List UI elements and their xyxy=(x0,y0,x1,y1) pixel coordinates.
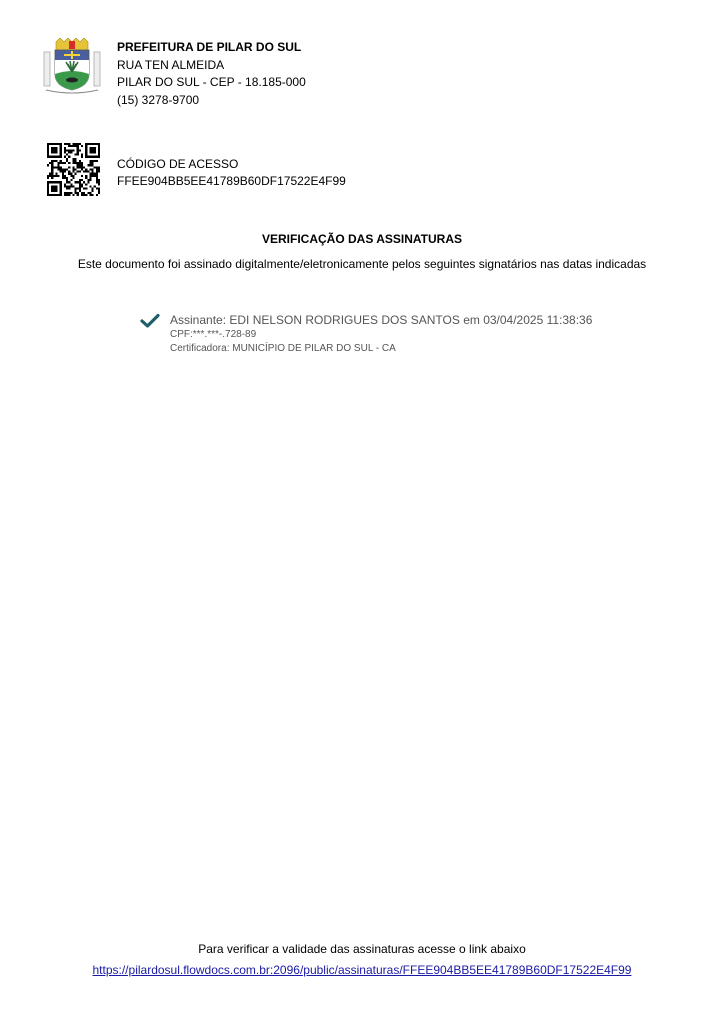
signer-certifier: Certificadora: MUNICÍPIO DE PILAR DO SUL… xyxy=(170,342,592,356)
signer-cpf: CPF:***.***-.728-89 xyxy=(170,328,592,342)
access-code-value: FFEE904BB5EE41789B60DF17522E4F99 xyxy=(117,173,346,190)
verification-description: Este documento foi assinado digitalmente… xyxy=(0,257,724,271)
qr-code-icon xyxy=(47,143,100,196)
signature-entry: Assinante: EDI NELSON RODRIGUES DOS SANT… xyxy=(170,313,592,356)
verification-title: VERIFICAÇÃO DAS ASSINATURAS xyxy=(0,232,724,246)
street-address: RUA TEN ALMEIDA xyxy=(117,57,306,75)
footer-note: Para verificar a validade das assinatura… xyxy=(0,942,724,956)
organization-name: PREFEITURA DE PILAR DO SUL xyxy=(117,39,306,57)
header-info: PREFEITURA DE PILAR DO SUL RUA TEN ALMEI… xyxy=(117,39,306,109)
footer-link-container: https://pilardosul.flowdocs.com.br:2096/… xyxy=(0,963,724,977)
signer-line: Assinante: EDI NELSON RODRIGUES DOS SANT… xyxy=(170,313,592,328)
coat-of-arms-logo xyxy=(40,38,104,96)
check-icon xyxy=(140,313,160,329)
city-cep: PILAR DO SUL - CEP - 18.185-000 xyxy=(117,74,306,92)
access-code-block: CÓDIGO DE ACESSO FFEE904BB5EE41789B60DF1… xyxy=(117,156,346,190)
verification-link[interactable]: https://pilardosul.flowdocs.com.br:2096/… xyxy=(93,963,632,977)
phone-number: (15) 3278-9700 xyxy=(117,92,306,110)
access-code-label: CÓDIGO DE ACESSO xyxy=(117,156,346,173)
